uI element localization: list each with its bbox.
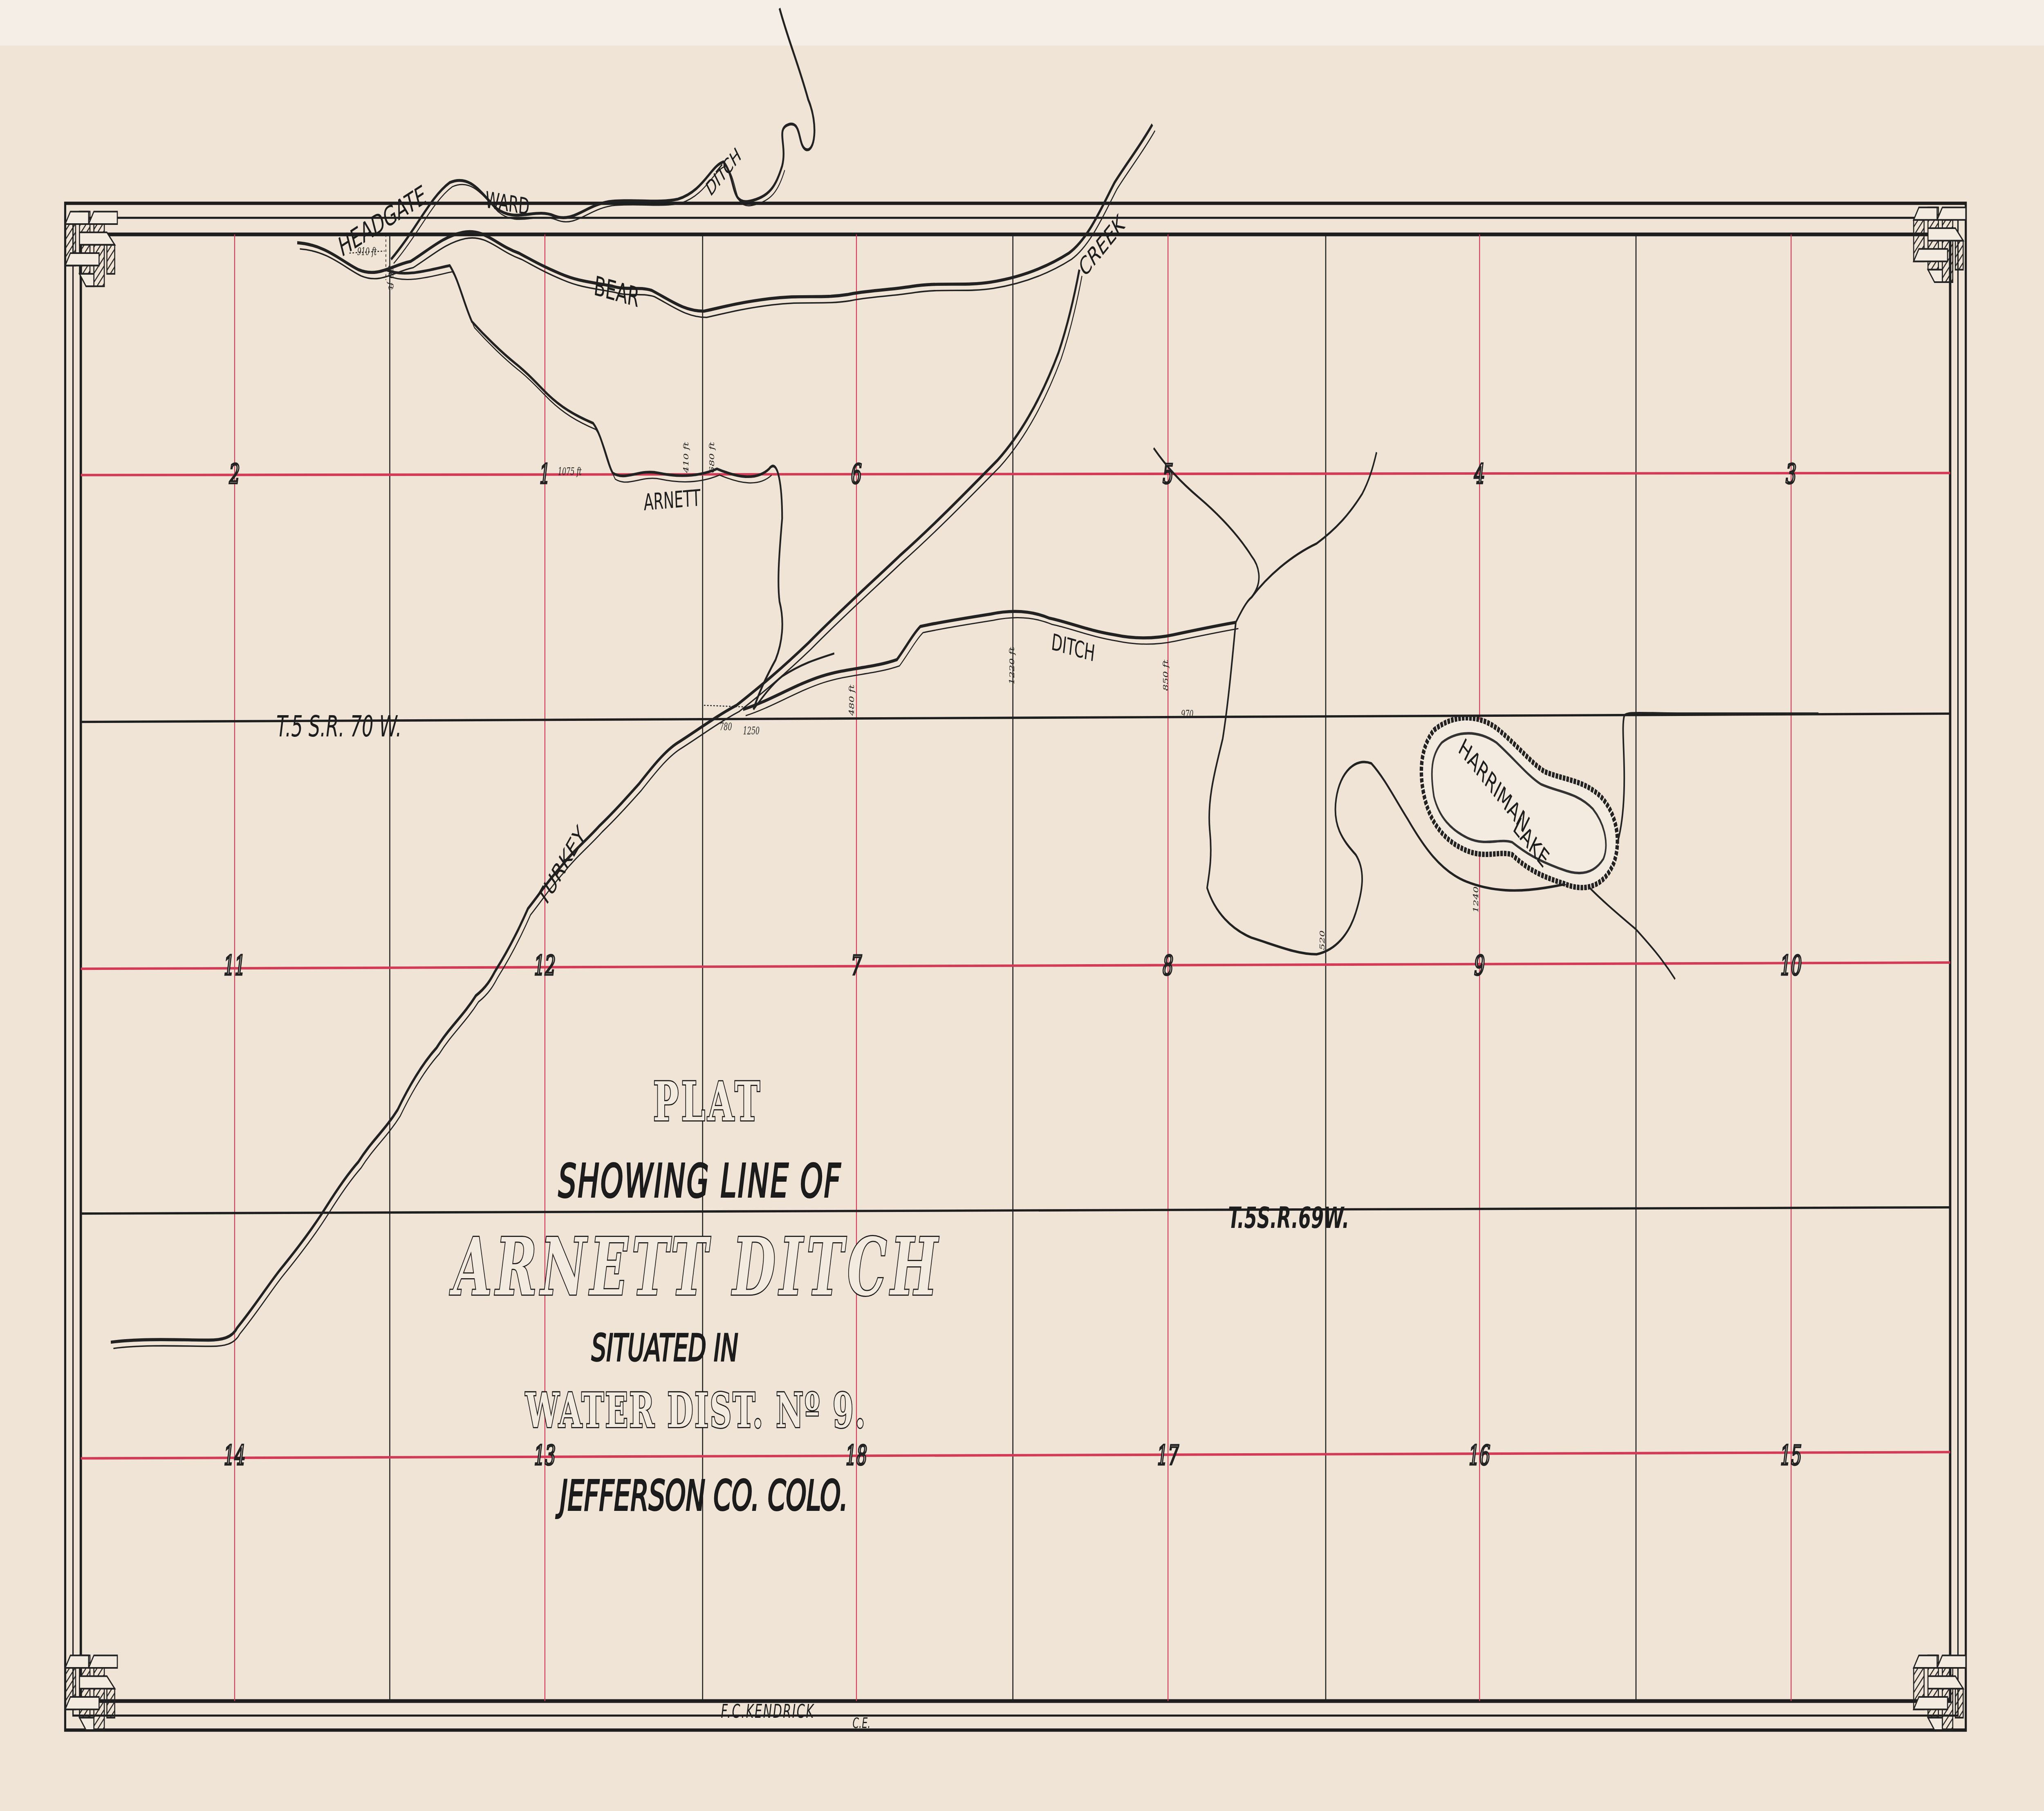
section-number: 4 (1474, 458, 1485, 490)
annotation-lake-crossing: 1240 (1472, 886, 1480, 913)
annotation-sec9-crossing: 520 (1318, 930, 1326, 950)
section-number: 14 (224, 1440, 246, 1471)
title-water-district: WATER DIST. Nº 9. (525, 1382, 867, 1438)
annotation-township-crossing: 970 (1181, 708, 1193, 720)
annotation-sec8-crossing: 1220 ft (1008, 646, 1016, 684)
township-label-east: T.5S.R.69W. (1228, 1201, 1349, 1235)
annotation-section-b: 680 ft (708, 442, 716, 473)
section-number: 11 (224, 950, 246, 981)
section-number: 3 (1786, 458, 1796, 490)
section-number: 18 (846, 1440, 867, 1471)
section-number: 9 (1474, 950, 1485, 981)
section-number: 15 (1780, 1440, 1802, 1471)
surveyor-title: C.E. (852, 1715, 870, 1732)
section-number: 10 (1780, 950, 1802, 981)
annotation-sec5-crossing: 850 ft (1162, 660, 1170, 691)
section-number: 8 (1163, 950, 1173, 981)
title-arnett-ditch: ARNETT DITCH (449, 1221, 941, 1313)
map-sheet: 2 1 6 5 4 3 11 12 7 8 9 10 14 13 18 17 1… (0, 0, 2044, 1811)
title-showing-line-of: SHOWING LINE OF (558, 1154, 842, 1208)
arnett-label: ARNETT (643, 485, 701, 516)
annotation-sec1-distance: 1075 ft (558, 465, 582, 478)
annotation-sec7-crossing: 480 ft (848, 684, 856, 716)
title-plat: PLAT (653, 1070, 763, 1133)
surveyor-name: F.C.KENDRICK (721, 1701, 814, 1722)
paper-background (0, 0, 2044, 1811)
annotation-junction-b: 1250 (743, 725, 760, 737)
plat-map: 2 1 6 5 4 3 11 12 7 8 9 10 14 13 18 17 1… (0, 0, 2044, 1811)
township-label-west: T.5 S.R. 70 W. (276, 709, 401, 743)
section-number: 7 (851, 950, 862, 981)
section-number: 5 (1163, 458, 1173, 490)
section-number: 12 (534, 950, 556, 981)
title-situated-in: SITUATED IN (592, 1326, 738, 1370)
section-number: 1 (540, 458, 550, 490)
section-number: 2 (229, 458, 240, 490)
section-number: 17 (1157, 1440, 1179, 1471)
title-county: JEFFERSON CO. COLO. (556, 1472, 848, 1520)
paper-top-strip (0, 0, 2044, 46)
annotation-section-a: 410 ft (682, 442, 690, 474)
annotation-headgate-distance: 910 ft (357, 245, 377, 258)
section-number: 6 (851, 458, 862, 490)
annotation-headgate-offset: 50 ft (387, 265, 394, 290)
section-number: 13 (534, 1440, 556, 1471)
annotation-junction-a: 780 (719, 720, 732, 733)
section-number: 16 (1469, 1440, 1490, 1471)
